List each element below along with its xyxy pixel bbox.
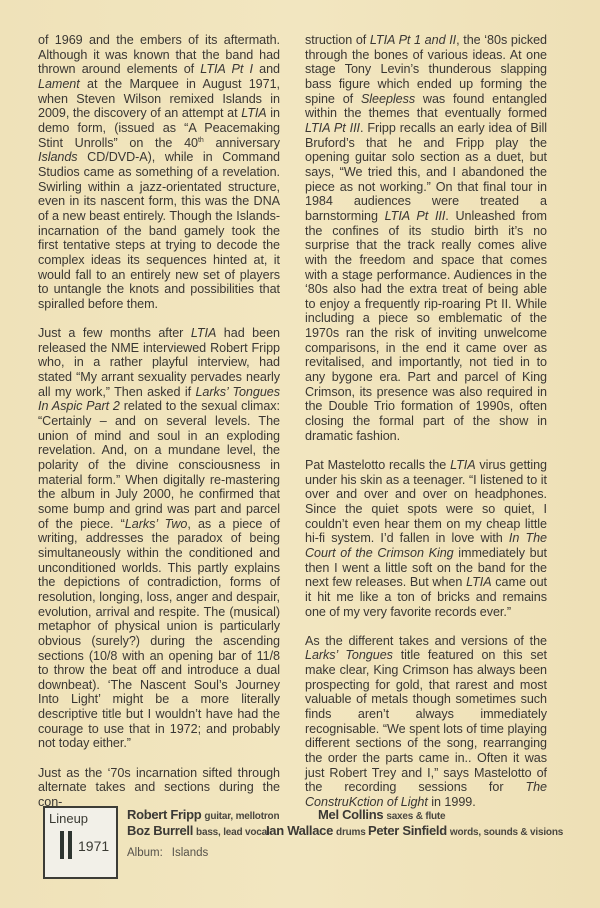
text: . Fripp recalls an early idea of Bill Br… bbox=[305, 121, 547, 223]
text: , as a piece of writing, addresses the p… bbox=[38, 517, 280, 751]
italic-title: Larks’ Tongues bbox=[305, 648, 393, 662]
paragraph: struction of LTIA Pt 1 and II, the ‘80s … bbox=[305, 33, 547, 443]
text: Pat Mastelotto recalls the bbox=[305, 458, 450, 472]
booklet-page: of 1969 and the embers of its aftermath.… bbox=[0, 0, 600, 908]
member-name: Peter Sinfield bbox=[368, 823, 447, 838]
member-role: saxes & flute bbox=[386, 811, 445, 822]
member: Boz Burrellbass, lead vocal bbox=[127, 822, 270, 840]
text: and bbox=[253, 62, 280, 76]
member-name: Ian Wallace bbox=[266, 823, 333, 838]
text: title featured on this set make clear, K… bbox=[305, 648, 547, 794]
paragraph: As the different takes and versions of t… bbox=[305, 634, 547, 810]
text: . Unleashed from the confines of its stu… bbox=[305, 209, 547, 443]
lineup-label: Lineup bbox=[49, 811, 88, 826]
lineup-year: 1971 bbox=[78, 838, 109, 854]
member-role: words, sounds & visions bbox=[450, 827, 563, 838]
italic-title: LTIA bbox=[191, 326, 216, 340]
member-name: Robert Fripp bbox=[127, 807, 201, 822]
article-left-column: of 1969 and the embers of its aftermath.… bbox=[38, 33, 280, 810]
text: Just a few months after bbox=[38, 326, 191, 340]
lineup-box: Lineup 1971 bbox=[43, 806, 118, 879]
article-right-column: struction of LTIA Pt 1 and II, the ‘80s … bbox=[305, 33, 547, 810]
italic-title: LTIA bbox=[241, 106, 266, 120]
italic-title: Islands bbox=[38, 150, 78, 164]
italic-title: LTIA Pt I bbox=[200, 62, 253, 76]
italic-title: Larks’ Two bbox=[125, 517, 188, 531]
member-role: guitar, mellotron bbox=[204, 811, 279, 822]
text: Just as the ‘70s incarnation sifted thro… bbox=[38, 766, 280, 809]
italic-title: LTIA Pt III bbox=[305, 121, 360, 135]
paragraph: Just as the ‘70s incarnation sifted thro… bbox=[38, 766, 280, 810]
member-role: drums bbox=[336, 827, 366, 838]
italic-title: LTIA bbox=[450, 458, 475, 472]
text: anniversary bbox=[204, 136, 280, 150]
paragraph: Just a few months after LTIA had been re… bbox=[38, 326, 280, 751]
member: Peter Sinfieldwords, sounds & visions bbox=[368, 822, 563, 840]
italic-title: LTIA Pt III bbox=[385, 209, 446, 223]
text: CD/DVD-A), while in Command Studios came… bbox=[38, 150, 280, 311]
album-value: Islands bbox=[172, 847, 208, 859]
text: As the different takes and versions of t… bbox=[305, 634, 547, 648]
paragraph: of 1969 and the embers of its aftermath.… bbox=[38, 33, 280, 311]
album-line: Album:Islands bbox=[127, 847, 208, 859]
italic-title: LTIA bbox=[466, 575, 491, 589]
text: struction of bbox=[305, 33, 370, 47]
italic-title: Lament bbox=[38, 77, 80, 91]
member-role: bass, lead vocal bbox=[196, 827, 270, 838]
italic-title: LTIA Pt 1 and II bbox=[370, 33, 456, 47]
text: related to the sexual climax: “Certainly… bbox=[38, 399, 280, 530]
paragraph: Pat Mastelotto recalls the LTIA virus ge… bbox=[305, 458, 547, 619]
member: Ian Wallacedrums bbox=[266, 822, 366, 840]
member-name: Mel Collins bbox=[318, 807, 383, 822]
member-name: Boz Burrell bbox=[127, 823, 193, 838]
italic-title: Sleepless bbox=[361, 92, 415, 106]
album-label: Album: bbox=[127, 847, 163, 859]
lineup-roman-numeral-icon bbox=[60, 831, 72, 859]
